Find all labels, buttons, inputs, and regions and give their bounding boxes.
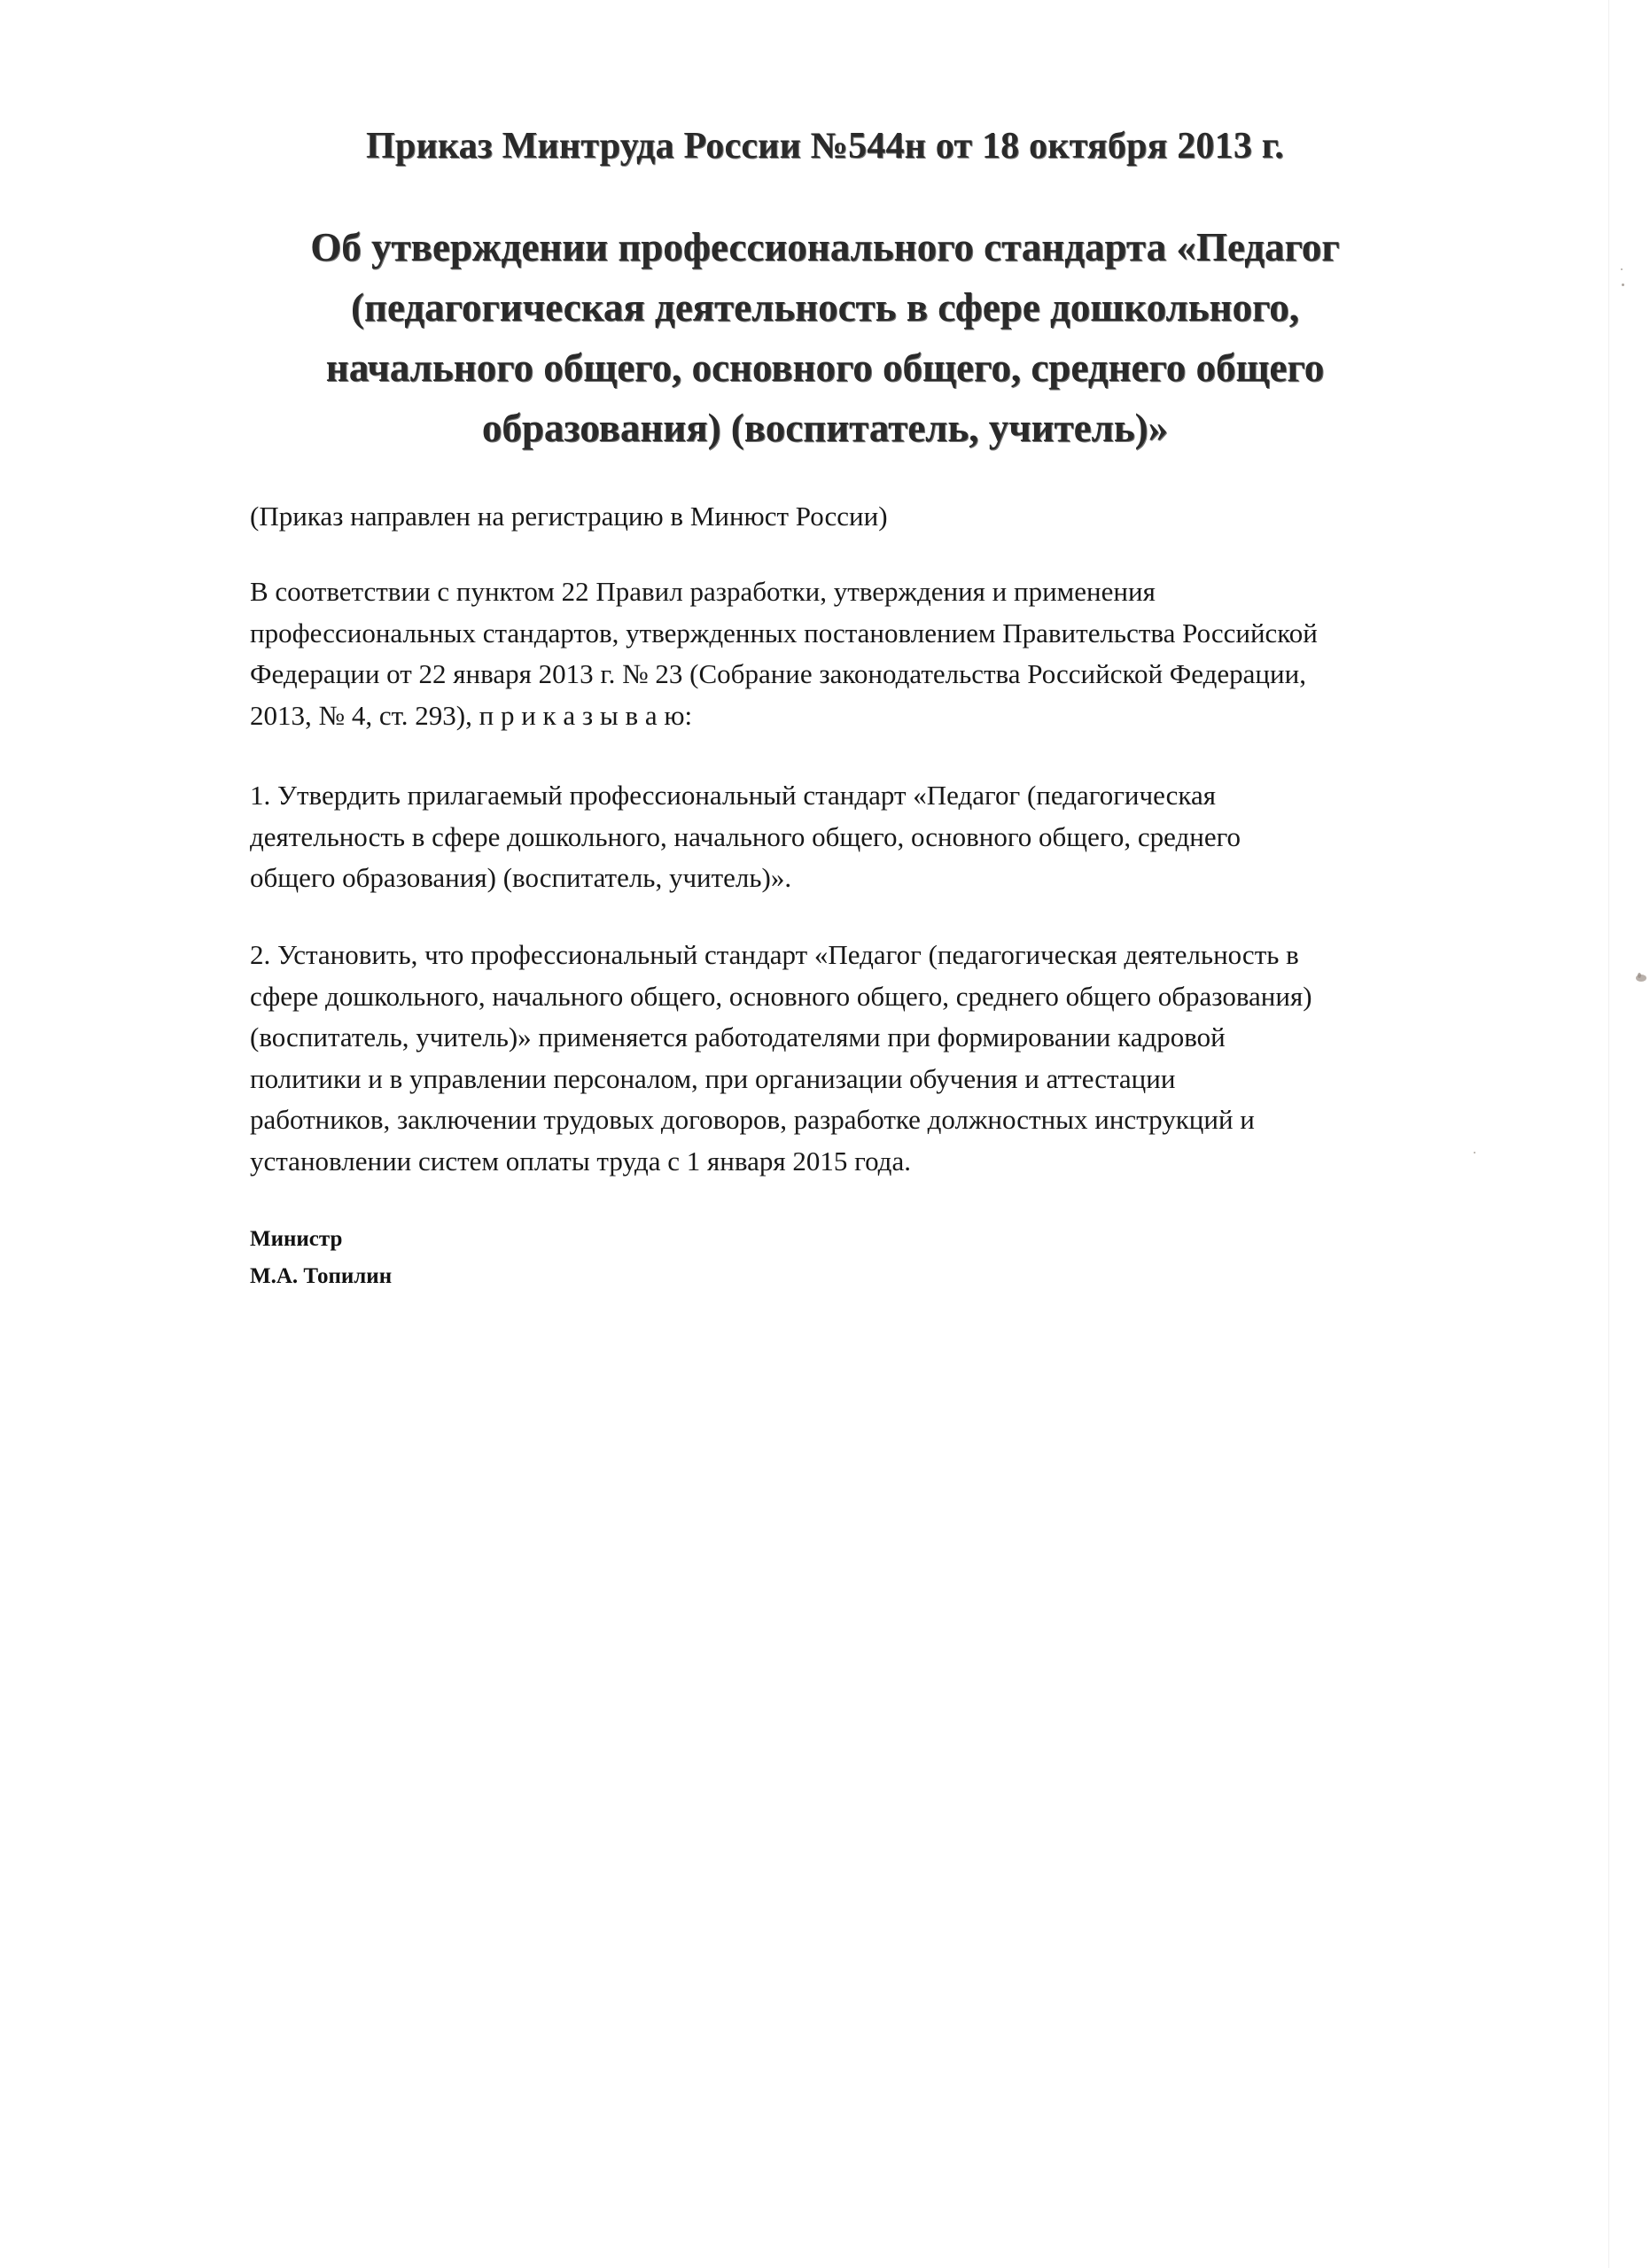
paragraph-line: деятельность в сфере дошкольного, началь… — [250, 817, 1579, 858]
paragraph-line: сфере дошкольного, начального общего, ос… — [250, 976, 1579, 1018]
paragraph-line: Федерации от 22 января 2013 г. № 23 (Соб… — [250, 654, 1579, 695]
scan-speck — [1636, 975, 1646, 982]
subtitle-line: Об утверждении профессионального стандар… — [0, 217, 1650, 277]
registration-note: (Приказ направлен на регистрацию в Минюс… — [250, 496, 1579, 538]
scan-speck — [1622, 283, 1624, 286]
paragraph-line: политики и в управлении персоналом, при … — [250, 1059, 1579, 1100]
scanned-page: Приказ Минтруда России №544н от 18 октяб… — [0, 0, 1650, 2268]
document-subtitle: Об утверждении профессионального стандар… — [0, 217, 1650, 458]
scan-speck — [1474, 1152, 1475, 1153]
preamble-paragraph: В соответствии с пунктом 22 Правил разра… — [250, 571, 1579, 736]
paragraph-line: общего образования) (воспитатель, учител… — [250, 858, 1579, 899]
paragraph-line: (воспитатель, учитель)» применяется рабо… — [250, 1017, 1579, 1059]
note-text: (Приказ направлен на регистрацию в Минюс… — [250, 496, 1579, 538]
signatory-position: Министр — [250, 1221, 392, 1258]
signatory-name: М.А. Топилин — [250, 1258, 392, 1295]
paragraph-line: профессиональных стандартов, утвержденны… — [250, 613, 1579, 655]
signature-block: Министр М.А. Топилин — [250, 1221, 392, 1295]
paragraph-line: установлении систем оплаты труда с 1 янв… — [250, 1141, 1579, 1183]
subtitle-line: начального общего, основного общего, сре… — [0, 338, 1650, 398]
paragraph-line: работников, заключении трудовых договоро… — [250, 1099, 1579, 1141]
document-title: Приказ Минтруда России №544н от 18 октяб… — [0, 124, 1650, 168]
scan-speck — [1621, 268, 1623, 270]
subtitle-line: образования) (воспитатель, учитель)» — [0, 398, 1650, 458]
paragraph-line: 2013, № 4, ст. 293), п р и к а з ы в а ю… — [250, 695, 1579, 737]
clause-1-paragraph: 1. Утвердить прилагаемый профессиональны… — [250, 775, 1579, 899]
paragraph-line: 1. Утвердить прилагаемый профессиональны… — [250, 775, 1579, 817]
paragraph-line: 2. Установить, что профессиональный стан… — [250, 935, 1579, 976]
paragraph-line: В соответствии с пунктом 22 Правил разра… — [250, 571, 1579, 613]
subtitle-line: (педагогическая деятельность в сфере дош… — [0, 277, 1650, 338]
clause-2-paragraph: 2. Установить, что профессиональный стан… — [250, 935, 1579, 1182]
